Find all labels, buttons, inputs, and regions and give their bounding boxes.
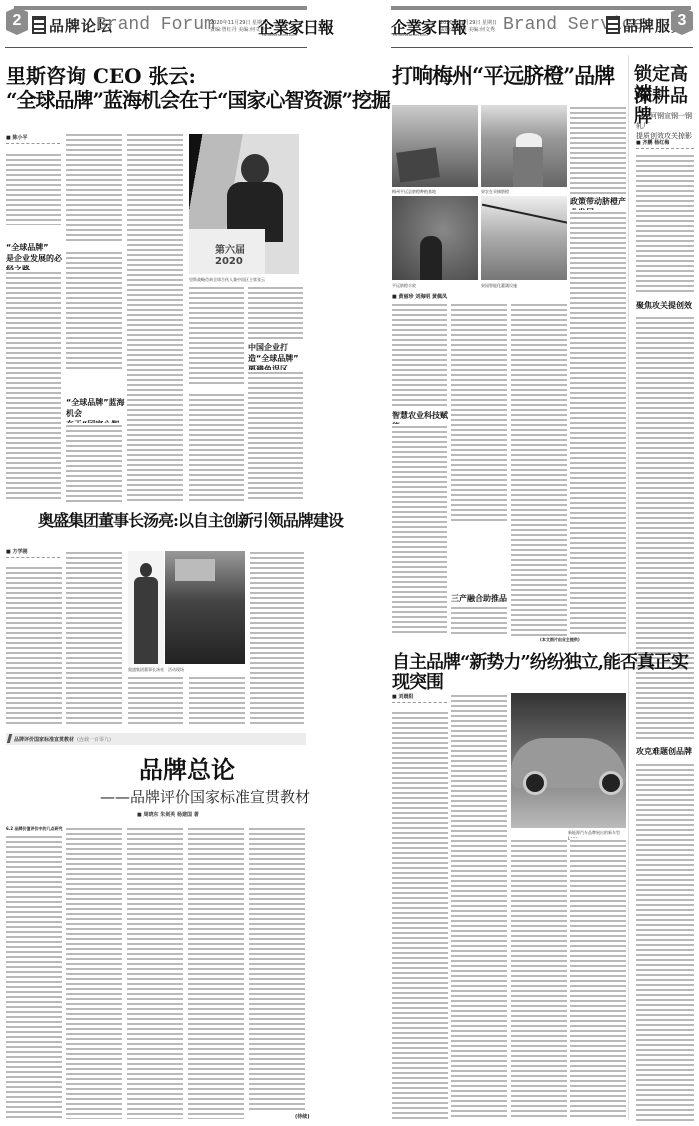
serial-banner-note: (连载一百零九) <box>77 736 111 743</box>
text-column <box>511 838 567 1120</box>
text-column <box>451 605 507 635</box>
date-line: 2020年11月29日 星期日 <box>440 20 500 27</box>
author-byline: ■ 周晓东 朱剑英 杨建国 著 <box>137 811 199 818</box>
article-headline: 奥盛集团董事长汤亮:以自主创新引领品牌建设 <box>38 512 343 530</box>
author-byline: ■ 刘晨阳 <box>392 693 447 703</box>
photo-caption: 梅州平远县脐橙种植基地 <box>392 189 478 195</box>
text-column <box>511 302 567 636</box>
irrigation-photo <box>481 196 567 280</box>
text-column <box>6 834 62 1119</box>
text-column <box>248 370 303 502</box>
text-column <box>570 838 626 1120</box>
text-column <box>189 392 244 502</box>
masthead-en: ENTREPRENEURS DAILY <box>262 33 297 37</box>
text-column <box>127 826 183 1119</box>
masthead-en: ENTREPRENEURS DAILY <box>393 33 428 37</box>
article-headline: 品牌总论 <box>139 757 235 783</box>
article-headline: 自主品牌“新势力”纷纷独立,能否真正实现突围 <box>392 653 699 693</box>
orange-tree-photo <box>392 196 478 280</box>
left-header-rule <box>5 47 307 48</box>
article-headline-line2: “全球品牌”蓝海机会在于“国家心智资源”挖掘 <box>6 89 390 111</box>
car-photo <box>511 693 626 828</box>
text-column <box>66 132 122 242</box>
article-subtitle: ——河钢宣钢一钢轧厂 提质创效攻关掠影 <box>636 111 696 141</box>
author-byline: ■ 齐鹏 杨红梅 <box>636 139 694 149</box>
text-column <box>392 710 448 1120</box>
text-column <box>189 285 244 385</box>
brand-logo-icon <box>606 16 620 34</box>
article-headline: 打响梅州“平远脐橙”品牌 <box>392 64 614 87</box>
text-column <box>66 250 122 370</box>
text-column <box>250 550 304 725</box>
continued-mark: (待续) <box>295 1113 310 1120</box>
right-header-rule <box>391 47 693 48</box>
orchard-photo <box>392 105 478 187</box>
serial-banner: 品牌评价国家标准宣贯教材 (连载一百零九) <box>6 733 306 745</box>
speaker-photo: 第六届2020 <box>189 134 299 274</box>
text-column <box>392 424 447 636</box>
article-subhead: 6.2 品牌价值评价中的几点研究 <box>6 826 64 832</box>
section-title-en: Brand Forum <box>96 15 215 35</box>
text-column <box>248 285 303 340</box>
text-column <box>188 826 244 1119</box>
text-column <box>6 270 61 502</box>
event-photo <box>165 551 245 664</box>
farmer-photo <box>481 105 567 187</box>
editor-line: 责编:曾红丹 美编:何文秀 <box>440 27 500 34</box>
right-header-top-bar <box>391 6 691 10</box>
photo-caption: 奥盛集团董事长汤亮 <box>128 667 168 673</box>
brand-logo-icon <box>32 16 46 34</box>
page-number-badge-right: 3 <box>671 7 693 35</box>
serial-banner-label: 品牌评价国家标准宣贯教材 <box>14 736 74 743</box>
column-divider <box>628 55 629 1120</box>
article-headline: 里斯咨询 CEO 张云: <box>6 65 196 87</box>
article-subtitle: ——品牌评价国家标准宣贯教材 <box>100 786 310 807</box>
photo-caption: 平远脐橙丰收 <box>392 283 478 289</box>
page-number-badge-left: 2 <box>6 7 28 35</box>
photo-caption: 果农在采摘脐橙 <box>481 189 567 195</box>
text-column <box>128 675 183 725</box>
text-column <box>249 826 305 1111</box>
photo-caption: 果园智能化灌溉设施 <box>481 283 567 289</box>
text-column <box>392 302 447 407</box>
text-column <box>66 550 122 725</box>
photo-caption: 里斯战略咨询全球合伙人兼中国区主席张云 <box>189 277 301 283</box>
photo-caption: 活动现场 <box>168 667 208 673</box>
text-column <box>66 423 122 503</box>
text-column <box>570 210 626 635</box>
author-byline: ■ 黄丽珍 刘海明 黄佩凤 <box>392 293 492 302</box>
text-column <box>451 693 507 1120</box>
text-column <box>189 675 245 725</box>
text-column <box>6 565 62 725</box>
text-column <box>570 105 626 195</box>
text-column <box>636 762 694 1124</box>
text-column <box>66 826 122 1119</box>
photo-credit: (本文图片由业主提供) <box>540 637 580 643</box>
podium-sign: 第六届2020 <box>189 229 265 274</box>
article-subhead: 聚焦攻关提创效 <box>636 300 696 311</box>
article-subhead: 攻克难题创品牌 <box>636 746 696 757</box>
left-header-top-bar <box>14 6 307 10</box>
author-byline: ■ 方学刚 <box>6 548 60 558</box>
chairman-photo <box>128 551 164 664</box>
text-column <box>451 302 507 524</box>
author-byline: ■ 陈小平 <box>6 134 60 144</box>
text-column <box>6 152 61 225</box>
text-column <box>127 132 183 503</box>
text-column <box>636 153 694 293</box>
